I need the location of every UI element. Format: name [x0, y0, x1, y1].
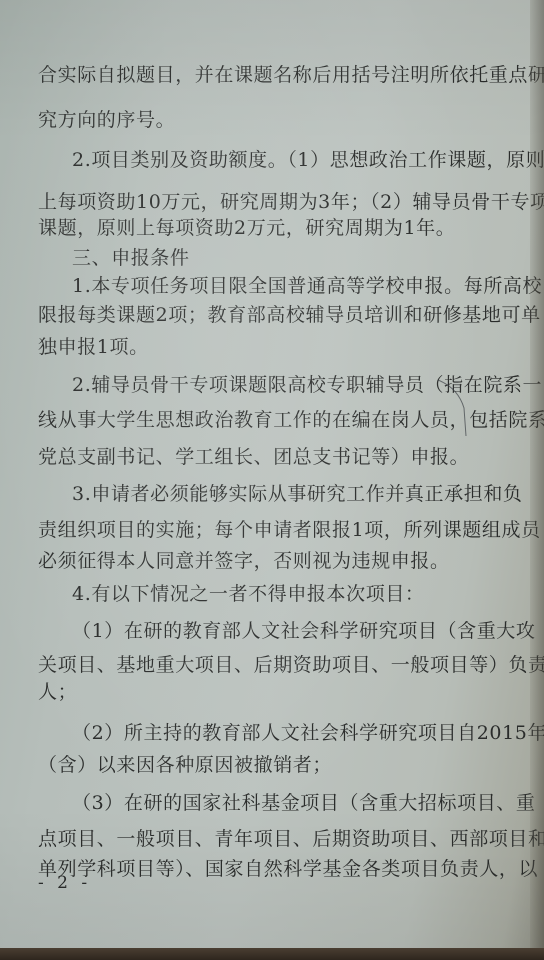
text-line: 点项目、一般项目、青年项目、后期资助项目、西部项目和 [38, 826, 544, 852]
document-page: 合实际自拟题目，并在课题名称后用括号注明所依托重点研 究方向的序号。 2.项目类… [0, 0, 544, 950]
text-line: 1.本专项任务项目限全国普通高等学校申报。每所高校 [72, 273, 542, 299]
text-line: 限报每类课题2项；教育部高校辅导员培训和研修基地可单 [38, 302, 541, 328]
text-line: 3.申请者必须能够实际从事研究工作并真正承担和负 [72, 481, 523, 507]
text-line: （含）以来因各种原因被撤销者； [38, 752, 332, 778]
text-line: 课题，原则上每项资助2万元，研究周期为1年。 [38, 215, 455, 241]
text-line: 关项目、基地重大项目、后期资助项目、一般项目等）负责 [38, 652, 544, 678]
text-line: 2.辅导员骨干专项课题限高校专职辅导员（指在院系一 [72, 372, 542, 398]
text-line: （2）所主持的教育部人文社会科学研究项目自2015年 [72, 720, 544, 746]
text-line: （3）在研的国家社科基金项目（含重大招标项目、重 [72, 790, 536, 816]
text-line: 独申报1项。 [38, 334, 149, 360]
text-line: 究方向的序号。 [38, 107, 175, 133]
desk-background [0, 948, 544, 960]
text-line: 4.有以下情况之一者不得申报本次项目： [72, 581, 425, 607]
text-line: 2.项目类别及资助额度。（1）思想政治工作课题，原则 [72, 147, 544, 173]
text-line: 单列学科项目等）、国家自然科学基金各类项目负责人，以 [38, 856, 538, 882]
text-line: 合实际自拟题目，并在课题名称后用括号注明所依托重点研 [38, 62, 544, 88]
text-line: 上每项资助10万元，研究周期为3年；（2）辅导员骨干专项 [38, 189, 544, 215]
page-number: - 2 - [38, 873, 91, 893]
text-line: 责组织项目的实施；每个申请者限报1项，所列课题组成员 [38, 517, 541, 543]
text-line: 党总支副书记、学工组长、团总支书记等）申报。 [38, 444, 469, 470]
text-line: 人； [38, 679, 77, 705]
page-edge-shadow [530, 0, 544, 950]
text-line: （1）在研的教育部人文社会科学研究项目（含重大攻 [72, 618, 536, 644]
section-heading: 三、申报条件 [72, 245, 190, 271]
text-line: 必须征得本人同意并签字，否则视为违规申报。 [38, 548, 450, 574]
text-line: 线从事大学生思想政治教育工作的在编在岗人员，包括院系 [38, 407, 544, 433]
